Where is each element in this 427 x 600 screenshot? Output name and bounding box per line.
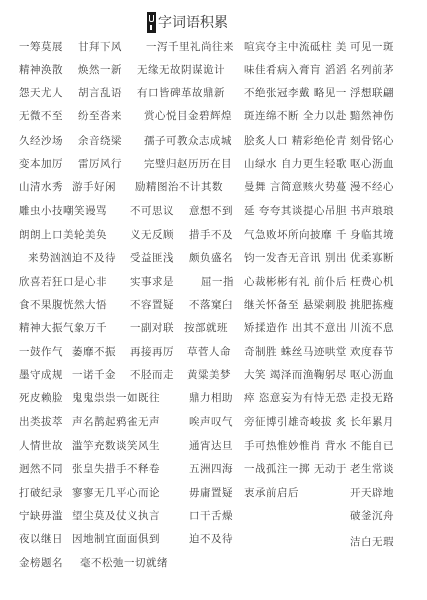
vocab-entry: 励精图治不计其数 <box>135 180 223 194</box>
vocab-entry: 不可思议 <box>130 204 174 218</box>
vocab-entry: 脍炙人口 精彩绝伦青 <box>244 134 347 148</box>
vocab-entry: 衷承前启后 <box>244 486 299 500</box>
vocab-entry: 义无反顾 <box>130 228 174 242</box>
vocab-entry: 五洲四海 <box>189 462 233 476</box>
vocab-entry: 毋庸置疑 <box>189 486 233 500</box>
vocab-entry: 欣喜若狂口是心非 <box>19 275 107 289</box>
vocab-entry: 心裁彬彬有礼 前仆后 <box>244 275 347 289</box>
vocab-entry: 瘁 恣意妄为有恃无恐 <box>244 391 347 405</box>
vocab-entry: 可见一斑 <box>350 40 394 54</box>
vocab-entry: 旁征博引雄奇峻拔 炙 <box>244 415 347 429</box>
vocab-entry: 毫不松弛一切就绪 <box>80 556 168 570</box>
vocab-entry: 食不果腹恍然大悟 <box>19 298 107 312</box>
vocab-entry: 迫不及待 <box>189 532 233 546</box>
vocab-entry: 久经沙场 <box>19 134 63 148</box>
vocab-entry: 欢度春节 <box>350 345 394 359</box>
vocab-entry: 大笑 竭泽而渔鞠躬尽 <box>244 368 347 382</box>
vocab-entry: 不落窠臼 <box>189 298 233 312</box>
vocab-entry: 山清水秀 <box>19 180 63 194</box>
vocab-entry: 再接再厉 <box>130 345 174 359</box>
vocab-entry: 破釜沉舟 <box>350 509 394 523</box>
vocab-entry: 通宵达旦 <box>189 439 233 453</box>
vocab-entry: 一泻千里礼尚往来 <box>146 40 234 54</box>
page-title: 字词语积累 <box>147 11 228 33</box>
vocab-entry: 唉声叹气 <box>189 415 233 429</box>
vocab-entry: 按部就班 <box>184 321 228 335</box>
vocab-entry: 一鼓作气 <box>19 345 63 359</box>
vocab-entry: 屈一指 <box>201 275 234 289</box>
vocab-entry: 书声琅琅 <box>350 204 394 218</box>
vocab-entry: 意想不到 <box>189 204 233 218</box>
vocab-entry: 金榜题名 <box>19 556 63 570</box>
vocab-entry: 精神大振气象万千 <box>19 321 107 335</box>
vocab-entry: 黯然神伤 <box>350 109 394 123</box>
vocab-entry: 无缘无故阴谋诡计 <box>137 63 225 77</box>
vocab-entry: 实事求是 <box>130 275 174 289</box>
vocab-entry: 继关怀备至 悬梁刺股 <box>244 298 347 312</box>
document-icon <box>147 12 156 33</box>
vocab-entry: 声名鹊起鸦雀无声 <box>72 415 160 429</box>
vocab-entry: 斑连绵不断 全力以赴 <box>244 109 347 123</box>
vocab-entry: 呕心沥血 <box>350 368 394 382</box>
vocab-entry: 延 夸夸其谈提心吊胆 <box>244 204 347 218</box>
vocab-entry: 纷至沓来 <box>78 109 122 123</box>
vocab-entry: 变本加厉 <box>19 157 63 171</box>
vocab-entry: 不能自已 <box>350 439 394 453</box>
vocab-entry: 不绝张冠李戴 略见一 <box>244 86 347 100</box>
vocab-entry: 黄粱美梦 <box>187 368 231 382</box>
vocab-entry: 张皇失措手不释卷 <box>72 462 160 476</box>
vocab-entry: 老生常谈 <box>350 462 394 476</box>
vocab-entry: 长年累月 <box>350 415 394 429</box>
vocab-entry: 孺子可教众志成城 <box>144 134 232 148</box>
vocab-entry: 优柔寡断 <box>350 251 394 265</box>
vocab-entry: 焕然一新 <box>78 63 122 77</box>
vocab-entry: 夜以继日 <box>19 532 63 546</box>
vocab-entry: 开天辟地 <box>350 486 394 500</box>
vocab-entry: 呕心沥血 <box>350 157 394 171</box>
vocab-entry: 余音绕梁 <box>78 134 122 148</box>
vocab-entry: 身临其境 <box>350 228 394 242</box>
vocab-entry: 游手好闲 <box>72 180 116 194</box>
vocab-entry: 雷厉风行 <box>78 157 122 171</box>
vocab-entry: 喧宾夺主中流砥柱 美 <box>244 40 347 54</box>
vocab-entry: 胡言乱语 <box>78 86 122 100</box>
vocab-entry: 无微不至 <box>19 109 63 123</box>
vocab-entry: 赏心悦目金碧辉煌 <box>144 109 232 123</box>
vocab-entry: 寥寥无几平心而论 <box>72 486 160 500</box>
vocab-entry: 出类拔萃 <box>19 415 63 429</box>
vocab-entry: 不胫而走 <box>130 368 174 382</box>
vocab-entry: 人情世故 <box>19 439 63 453</box>
vocab-entry: 完璧归赵历历在目 <box>144 157 232 171</box>
vocab-entry: 一副对联 <box>130 321 174 335</box>
vocab-entry: 因地制宜面面俱到 <box>72 532 160 546</box>
vocab-entry: 浮想联翩 <box>350 86 394 100</box>
vocab-entry: 气急败坏所向披靡 千 <box>244 228 347 242</box>
vocab-entry: 矫揉造作 出其不意出 <box>244 321 347 335</box>
vocab-entry: 受益匪浅 <box>130 251 174 265</box>
vocab-entry: 走投无路 <box>350 391 394 405</box>
vocab-entry: 一诺千金 <box>72 368 116 382</box>
vocab-entry: 一战孤注一掷 无动于 <box>244 462 347 476</box>
vocab-entry: 鬼鬼祟祟一如既往 <box>72 391 160 405</box>
vocab-entry: 手可热惟妙惟肖 背水 <box>244 439 347 453</box>
vocab-entry: 一筹莫展 <box>19 40 63 54</box>
vocab-entry: 死皮赖脸 <box>19 391 63 405</box>
vocab-entry: 宁缺毋滥 <box>19 509 63 523</box>
vocab-entry: 有口皆碑革故鼎新 <box>137 86 225 100</box>
page-title-text: 字词语积累 <box>158 12 228 32</box>
vocab-entry: 枉费心机 <box>350 275 394 289</box>
vocab-entry: 迥然不同 <box>19 462 63 476</box>
vocab-entry: 草菅人命 <box>187 345 231 359</box>
vocab-entry: 奇制胜 蛛丝马迹哄堂 <box>244 345 347 359</box>
vocab-entry: 萎靡不振 <box>72 345 116 359</box>
vocab-entry: 措手不及 <box>189 228 233 242</box>
vocab-entry: 川流不息 <box>350 321 394 335</box>
vocab-entry: 颇负盛名 <box>189 251 233 265</box>
vocab-entry: 味佳肴病入膏肓 滔滔 <box>244 63 347 77</box>
vocab-entry: 打破纪录 <box>19 486 63 500</box>
vocab-entry: 不容置疑 <box>130 298 174 312</box>
vocab-entry: 滥竽充数谈笑风生 <box>72 439 160 453</box>
vocab-entry: 朗朗上口美轮美奂 <box>19 228 107 242</box>
vocab-entry: 望尘莫及仗义执言 <box>72 509 160 523</box>
vocab-entry: 山绿水 自力更生轻歌 <box>244 157 347 171</box>
vocab-entry: 名列前茅 <box>350 63 394 77</box>
vocab-entry: 雕虫小技嘲笑谩骂 <box>19 204 107 218</box>
vocab-entry: 来势汹汹迫不及待 <box>28 251 116 265</box>
vocab-entry: 怨天尤人 <box>19 86 63 100</box>
vocab-entry: 漫不经心 <box>350 180 394 194</box>
vocab-entry: 挑肥拣瘦 <box>350 298 394 312</box>
vocab-entry: 刻骨铭心 <box>350 134 394 148</box>
vocab-entry: 墨守成规 <box>19 368 63 382</box>
vocab-entry: 洁白无瑕 <box>350 535 394 549</box>
vocab-entry: 精神涣散 <box>19 63 63 77</box>
vocab-entry: 钧一发杳无音讯 别出 <box>244 251 347 265</box>
vocab-entry: 鼎力相助 <box>189 391 233 405</box>
vocab-entry: 曼舞 言简意赅火势蔓 <box>244 180 347 194</box>
vocab-entry: 甘拜下风 <box>78 40 122 54</box>
vocab-entry: 口干舌燥 <box>189 509 233 523</box>
